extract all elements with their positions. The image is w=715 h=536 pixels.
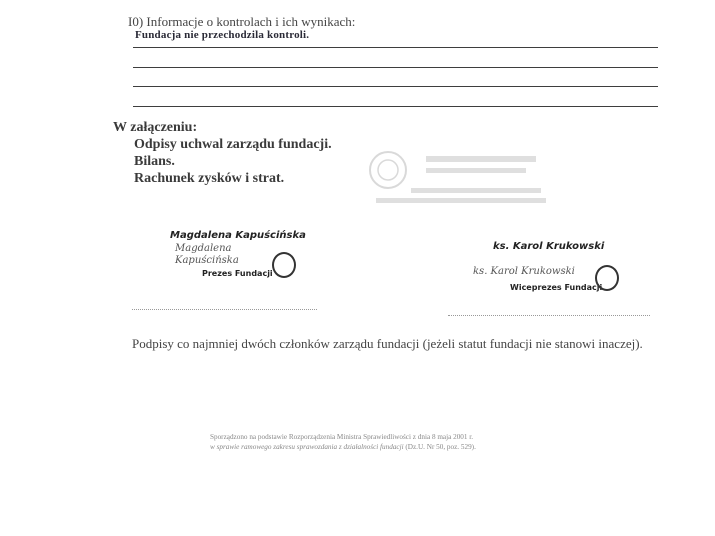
footer-line-2-rest: (Dz.U. Nr 50, poz. 529). [404,443,476,451]
signatory-name: Magdalena Kapuścińska [170,230,320,241]
foundation-logo-icon [272,252,296,278]
signature-block-vice-president: ks. Karol Krukowski ks. Karol Krukowski … [470,241,630,301]
signature-dotted-line [448,315,650,316]
foundation-logo-icon [595,265,619,291]
footer-line-2: w sprawie ramowego zakresu sprawozdania … [210,442,580,452]
attachment-item: Odpisy uchwal zarządu fundacji. [134,137,332,153]
signatory-role: Wiceprezes Fundacji [510,283,602,292]
answer-line-3 [133,86,658,87]
attachments-title: W załączeniu: [113,120,197,136]
signature-block-president: Magdalena Kapuścińska Magdalena Kapuściń… [170,230,320,290]
section-10-title: I0) Informacje o kontrolach i ich wynika… [128,14,355,30]
attachment-item: Rachunek zysków i strat. [134,171,284,187]
legal-footer: Sporządzono na podstawie Rozporządzenia … [210,432,580,452]
handwritten-signature: Magdalena [175,243,231,254]
signature-dotted-line [132,309,317,310]
section-10-answer: Fundacja nie przechodzila kontroli. [135,29,309,41]
answer-line-1 [133,47,658,48]
signature-note: Podpisy co najmniej dwóch członków zarzą… [132,335,667,352]
signatory-name: ks. Karol Krukowski [470,241,630,252]
footer-line-1: Sporządzono na podstawie Rozporządzenia … [210,432,580,442]
faint-stamp-icon [366,146,551,210]
attachment-item: Bilans. [134,154,175,170]
signatory-role: Prezes Fundacji [202,269,273,278]
footer-line-2-italic: w sprawie ramowego zakresu sprawozdania … [210,443,404,451]
answer-line-4 [133,106,658,107]
answer-line-2 [133,67,658,68]
handwritten-signature: ks. Karol Krukowski [473,266,575,277]
handwritten-signature: Kapuścińska [175,255,239,266]
